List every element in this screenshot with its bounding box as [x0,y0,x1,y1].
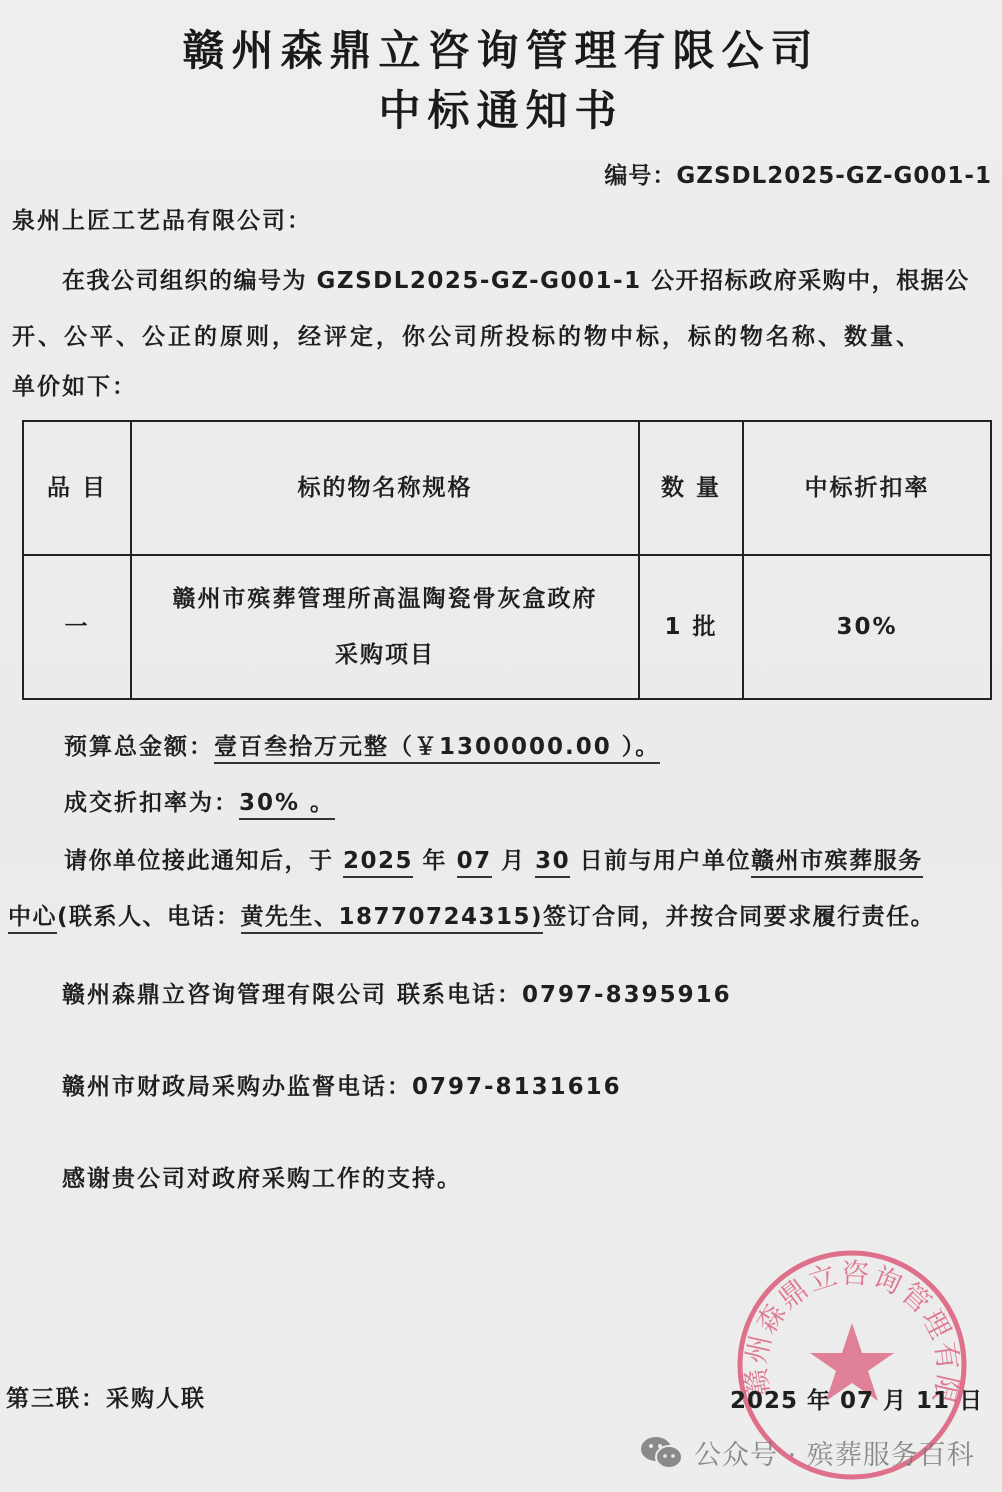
table-row: 一 赣州市殡葬管理所高温陶瓷骨灰盒政府 采购项目 1 批 30% [23,555,991,699]
cell-name-line-2: 采购项目 [133,627,637,683]
copy-label: 第三联：采购人联 [6,1380,206,1413]
supervision-contact: 赣州市财政局采购办监督电话：0797-8131616 [62,1068,622,1101]
watermark-text: 公众号 · 殡葬服务百科 [694,1433,975,1472]
document-page: 赣州森鼎立咨询管理有限公司 中标通知书 编号：GZSDL2025-GZ-G001… [0,0,1002,1492]
contract-line-2: 中心(联系人、电话：黄先生、18770724315)签订合同，并按合同要求履行责… [8,898,935,931]
cell-name-line-1: 赣州市殡葬管理所高温陶瓷骨灰盒政府 [133,571,637,627]
document-number: 编号：GZSDL2025-GZ-G001-1 [604,157,992,190]
thanks-line: 感谢贵公司对政府采购工作的支持。 [62,1160,462,1193]
deal-discount-line: 成交折扣率为：30% 。 [64,784,335,817]
document-number-value: GZSDL2025-GZ-G001-1 [676,163,992,189]
body-paragraph-line-2: 开、公平、公正的原则，经评定，你公司所投标的物中标，标的物名称、数量、 [12,318,922,351]
contract-month-label: 月 [501,848,526,874]
addressee: 泉州上匠工艺品有限公司： [12,202,312,235]
contract-month: 07 [457,848,492,878]
contract-line-1: 请你单位接此通知后，于 2025 年 07 月 30 日前与用户单位赣州市殡葬服… [64,842,923,875]
contract-year-label: 年 [423,848,448,874]
company-title: 赣州森鼎立咨询管理有限公司 [0,18,1002,78]
watermark: 公众号 · 殡葬服务百科 [640,1433,975,1472]
contract-year: 2025 [343,848,413,878]
cell-item: 一 [23,555,131,699]
contract-suffix: 签订合同，并按合同要求履行责任。 [543,904,935,930]
user-unit-line-2: 中心 [8,904,57,934]
user-unit-line-1: 赣州市殡葬服务 [751,848,923,878]
header-name-spec: 标的物名称规格 [131,421,639,555]
contract-day-label: 日前与用户单位 [580,848,752,874]
award-items-table: 品 目 标的物名称规格 数 量 中标折扣率 一 赣州市殡葬管理所高温陶瓷骨灰盒政… [22,420,992,700]
header-item: 品 目 [23,421,131,555]
issue-date: 2025 年 07 月 11 日 [730,1382,983,1415]
budget-value: 壹百叁拾万元整（￥1300000.00 ）。 [214,734,660,764]
contact-person-phone: 黄先生、18770724315) [241,904,544,934]
cell-discount: 30% [743,555,991,699]
body-paragraph-line-3: 单价如下： [12,368,137,401]
contract-day: 30 [535,848,570,878]
agency-contact: 赣州森鼎立咨询管理有限公司 联系电话：0797-8395916 [62,976,732,1009]
cell-name-spec: 赣州市殡葬管理所高温陶瓷骨灰盒政府 采购项目 [131,555,639,699]
cell-quantity: 1 批 [639,555,743,699]
deal-discount-label: 成交折扣率为： [64,790,239,816]
contract-prefix: 请你单位接此通知后，于 [64,848,334,874]
budget-line: 预算总金额：壹百叁拾万元整（￥1300000.00 ）。 [64,728,660,761]
header-quantity: 数 量 [639,421,743,555]
table-header-row: 品 目 标的物名称规格 数 量 中标折扣率 [23,421,991,555]
body-paragraph-line-1: 在我公司组织的编号为 GZSDL2025-GZ-G001-1 公开招标政府采购中… [62,262,970,295]
document-title: 中标通知书 [0,78,1002,138]
contact-label: (联系人、电话： [57,904,241,930]
budget-label: 预算总金额： [64,734,214,760]
wechat-icon [640,1435,684,1471]
document-number-label: 编号： [604,163,676,189]
deal-discount-value: 30% 。 [239,790,335,820]
header-discount-rate: 中标折扣率 [743,421,991,555]
